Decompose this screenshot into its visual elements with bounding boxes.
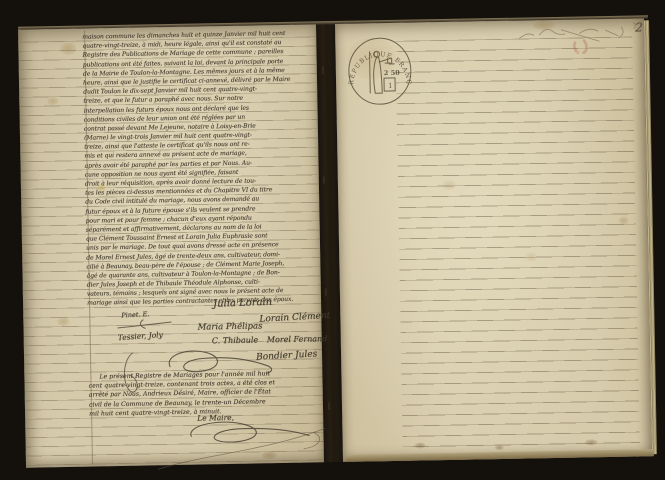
- binding-stitch: [325, 288, 327, 296]
- page-number: 2: [635, 20, 643, 34]
- ruled-lines-right: [395, 37, 640, 457]
- maire-signature-flourish: [153, 416, 336, 475]
- republique-francaise-stamp-icon: RÉPUBLIQUE FRANÇAISE 2 50 1: [343, 33, 416, 110]
- closing-paragraph: Le présent Registre de Mariages pour l'a…: [88, 368, 329, 418]
- binding-stitch: [323, 176, 325, 184]
- stamp-value-top: 2 50: [384, 69, 400, 77]
- archive-scan: { "colors": { "background": "#14110d", "…: [0, 0, 665, 480]
- manuscript-body: maison commune les dimanches huit et qui…: [82, 28, 325, 308]
- signature-maria-phelipas: Maria Phélipas: [197, 321, 262, 332]
- register-book: maison commune les dimanches huit et qui…: [18, 18, 656, 467]
- left-page: maison commune les dimanches huit et qui…: [18, 24, 324, 467]
- binding-stitch: [328, 402, 330, 410]
- right-page: RÉPUBLIQUE FRANÇAISE 2 50 1: [335, 18, 652, 462]
- stamp-value-bottom: 1: [388, 82, 393, 90]
- binding-stitch: [322, 66, 324, 74]
- signature-julia-lorain: Julia Lorain: [213, 297, 272, 310]
- pencil-scribble: [513, 18, 646, 54]
